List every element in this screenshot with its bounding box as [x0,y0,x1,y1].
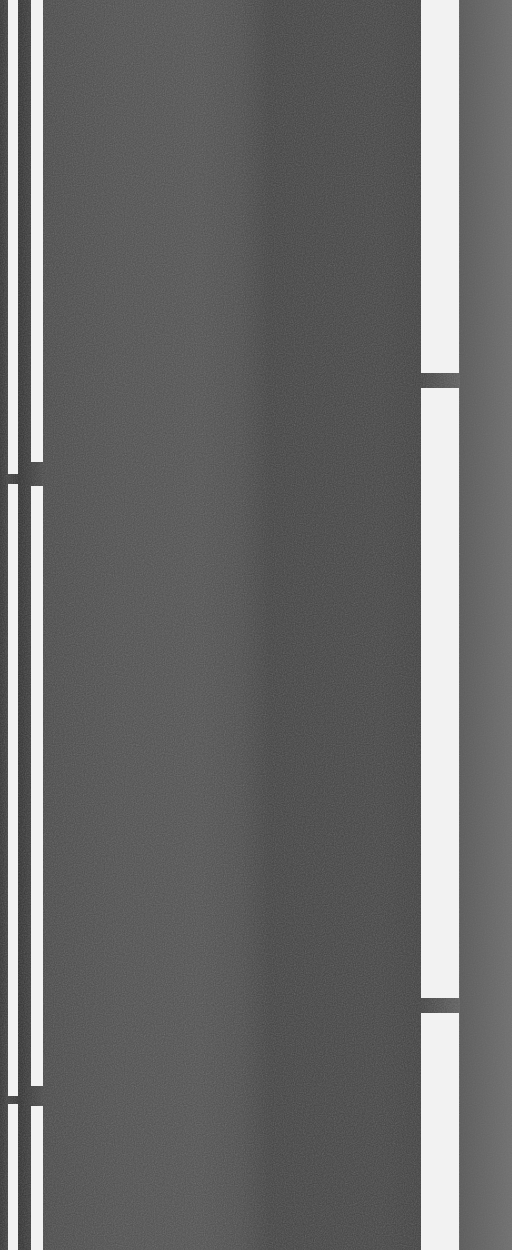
left-lane-line-segment [31,1106,43,1250]
left-lane-line-segment [31,0,43,462]
left-edge-line-segment [8,0,18,474]
road-shoulder [460,0,512,1250]
left-edge-line-segment [8,484,18,1096]
right-dashed-line-segment [421,388,459,998]
right-dashed-line-segment [421,1013,459,1250]
left-lane-line-segment [31,486,43,1086]
left-edge-line-segment [8,1104,18,1250]
road-scene [0,0,512,1250]
right-dashed-line-segment [421,0,459,373]
